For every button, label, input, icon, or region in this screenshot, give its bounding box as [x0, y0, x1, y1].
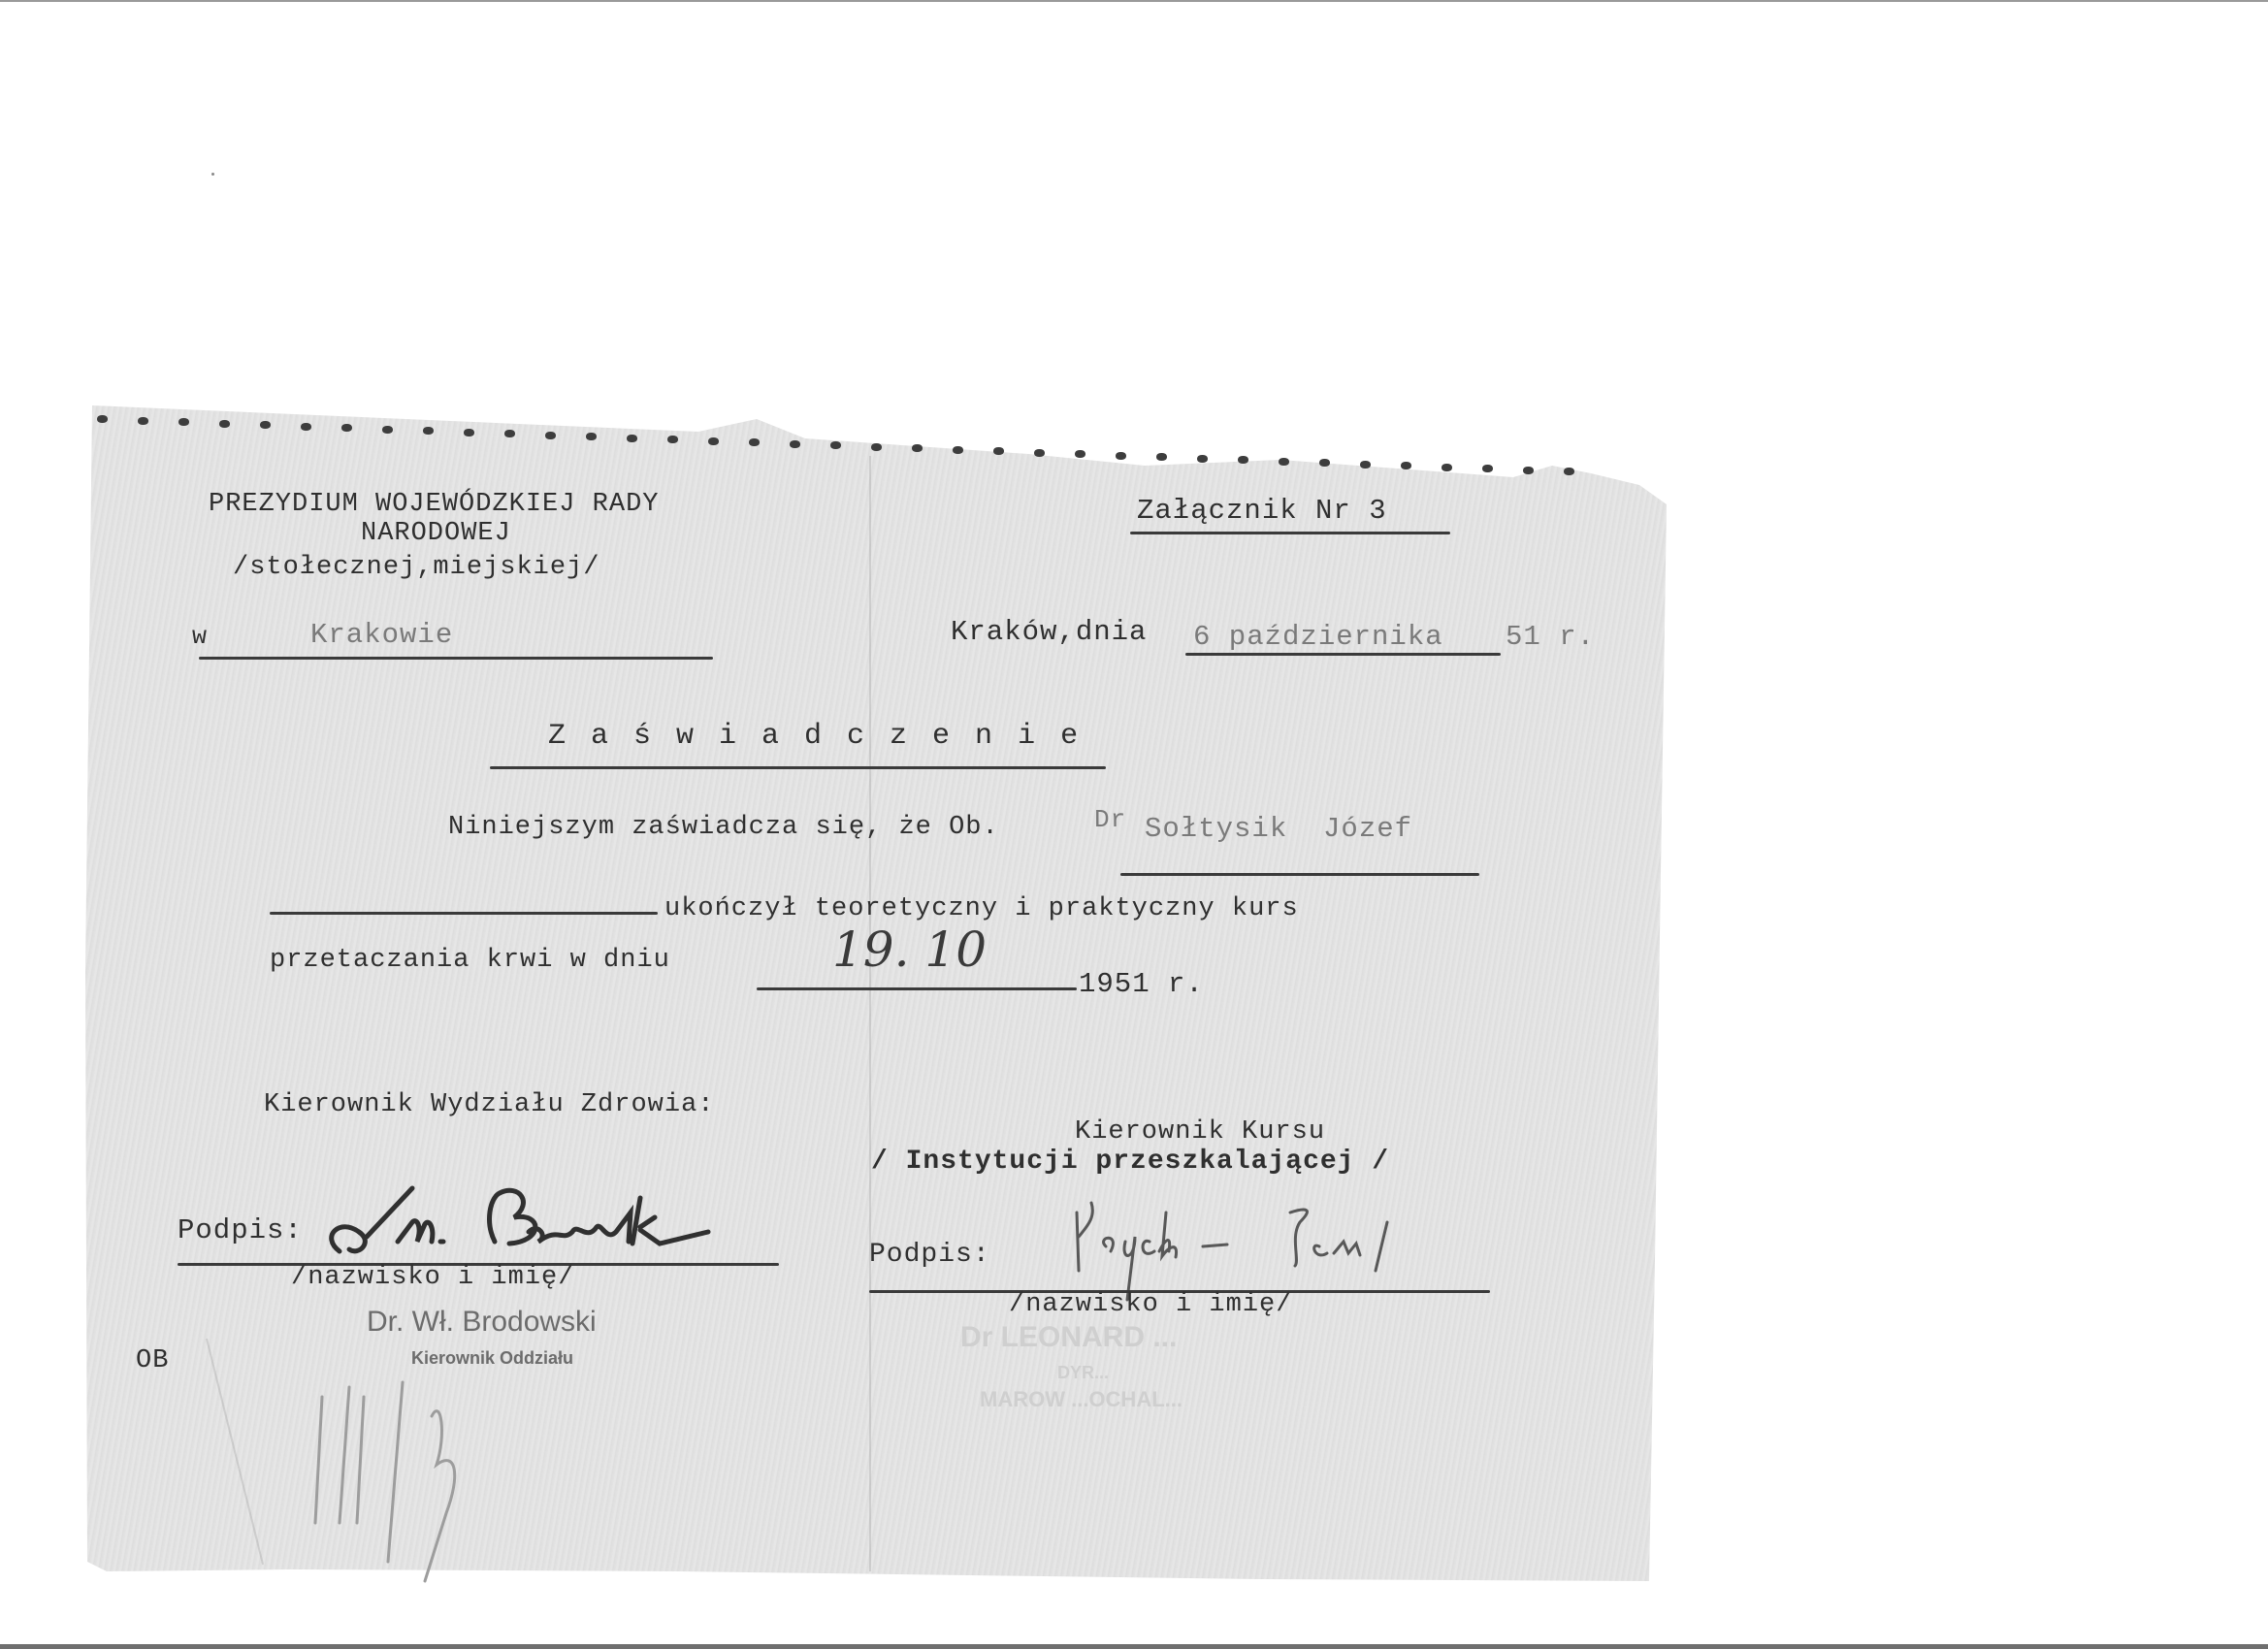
right-faint-stamp-line3: MAROW ...OCHAL... — [980, 1387, 1183, 1412]
perforation-dot — [301, 423, 311, 431]
perforation-dot — [627, 435, 637, 442]
perforation-dot — [1401, 462, 1411, 469]
body-line1: Niniejszym zaświadcza się, że Ob. — [448, 813, 999, 842]
right-signatory-role-line1: Kierownik Kursu — [1075, 1117, 1325, 1147]
place-underline — [199, 657, 713, 660]
perforation-dot — [667, 436, 678, 443]
person-name: Sołtysik Józef — [1145, 813, 1412, 845]
perforation-dot — [1279, 458, 1289, 466]
right-name-caption: /nazwisko i imię/ — [1009, 1290, 1292, 1319]
perforation-dot — [341, 424, 352, 432]
person-name-underline — [1120, 873, 1479, 876]
perforation-dot — [97, 415, 108, 423]
document-code: OB — [136, 1346, 169, 1375]
perforation-dot — [708, 437, 719, 445]
left-stamp-role: Kierownik Oddziału — [411, 1348, 573, 1369]
date-prefix: Kraków,dnia — [951, 616, 1147, 648]
left-stamp-name: Dr. Wł. Brodowski — [367, 1306, 597, 1339]
right-faint-stamp-line2: DYR... — [1057, 1363, 1109, 1383]
perforation-dot — [912, 444, 923, 452]
perforation-dot — [382, 426, 393, 434]
perforation-dot — [464, 429, 474, 436]
perforation-dot — [423, 427, 434, 435]
title-underline — [490, 766, 1106, 769]
perforation-dot — [1564, 468, 1574, 475]
left-signatory-role: Kierownik Wydziału Zdrowia: — [264, 1090, 714, 1119]
perforation-dot — [1482, 465, 1493, 472]
handwritten-pencil-mark — [310, 1377, 563, 1571]
body-line3: przetaczania krwi w dniu — [270, 946, 670, 975]
left-name-caption: /nazwisko i imię/ — [291, 1263, 574, 1292]
perforation-dot — [1442, 464, 1452, 471]
perforation-dot — [260, 421, 271, 429]
right-signatory-role-line2: / Instytucji przeszkalającej / — [871, 1147, 1389, 1177]
left-signature-label: Podpis: — [178, 1214, 303, 1246]
perforation-dot — [586, 433, 597, 440]
perforation-dot — [1319, 459, 1330, 467]
date-year-suffix: 51 r. — [1506, 621, 1595, 653]
perforation-dot — [871, 443, 882, 451]
perforation-dot — [790, 440, 800, 448]
perforation-dot — [1197, 455, 1208, 463]
person-name-continuation-line — [270, 912, 658, 915]
perforation-dot — [1523, 467, 1534, 474]
perforation-dot — [1156, 453, 1167, 461]
perforation-dot — [830, 441, 841, 449]
attachment-underline — [1130, 532, 1450, 534]
right-signature-label: Podpis: — [869, 1240, 990, 1270]
paper-crease — [869, 456, 871, 1571]
perforation-dot — [1034, 449, 1045, 457]
attachment-number: Załącznik Nr 3 — [1137, 495, 1387, 527]
perforation-dot — [1116, 452, 1126, 460]
scan-top-edge — [0, 0, 2268, 2]
scan-bottom-edge — [0, 1644, 2268, 1649]
document-title: Z a ś w i a d c z e n i e — [548, 720, 1082, 753]
org-name-line2: NARODOWEJ — [361, 519, 511, 548]
perforation-dot — [545, 432, 556, 439]
left-signature-handwriting — [320, 1183, 786, 1271]
perforation-dot — [504, 430, 515, 437]
perforation-dot — [1075, 450, 1085, 458]
org-name-line3: /stołecznej,miejskiej/ — [233, 553, 599, 582]
body-line2: ukończył teoretyczny i praktyczny kurs — [664, 894, 1299, 923]
org-name-line1: PREZYDIUM WOJEWÓDZKIEJ RADY — [209, 490, 659, 519]
date-value: 6 października — [1193, 621, 1443, 653]
course-date-underline — [757, 987, 1077, 990]
perforation-dot — [953, 446, 963, 454]
perforation-dot — [1238, 456, 1248, 464]
place-value: Krakowie — [310, 619, 453, 651]
course-date-handwritten: 19. 10 — [832, 921, 987, 978]
person-title: Dr — [1094, 805, 1126, 834]
perforation-dot — [219, 420, 230, 428]
perforation-dot — [178, 418, 189, 426]
right-signature-handwriting — [1067, 1193, 1494, 1300]
right-faint-stamp-line1: Dr LEONARD ... — [960, 1321, 1177, 1354]
place-prefix: w — [192, 623, 208, 651]
perforation-dot — [749, 438, 760, 446]
course-year: 1951 r. — [1079, 968, 1204, 1000]
scan-speck — [211, 173, 214, 176]
date-underline — [1185, 653, 1501, 656]
perforation-dot — [138, 417, 148, 425]
perforation-dot — [993, 447, 1004, 455]
perforation-dot — [1360, 461, 1371, 469]
